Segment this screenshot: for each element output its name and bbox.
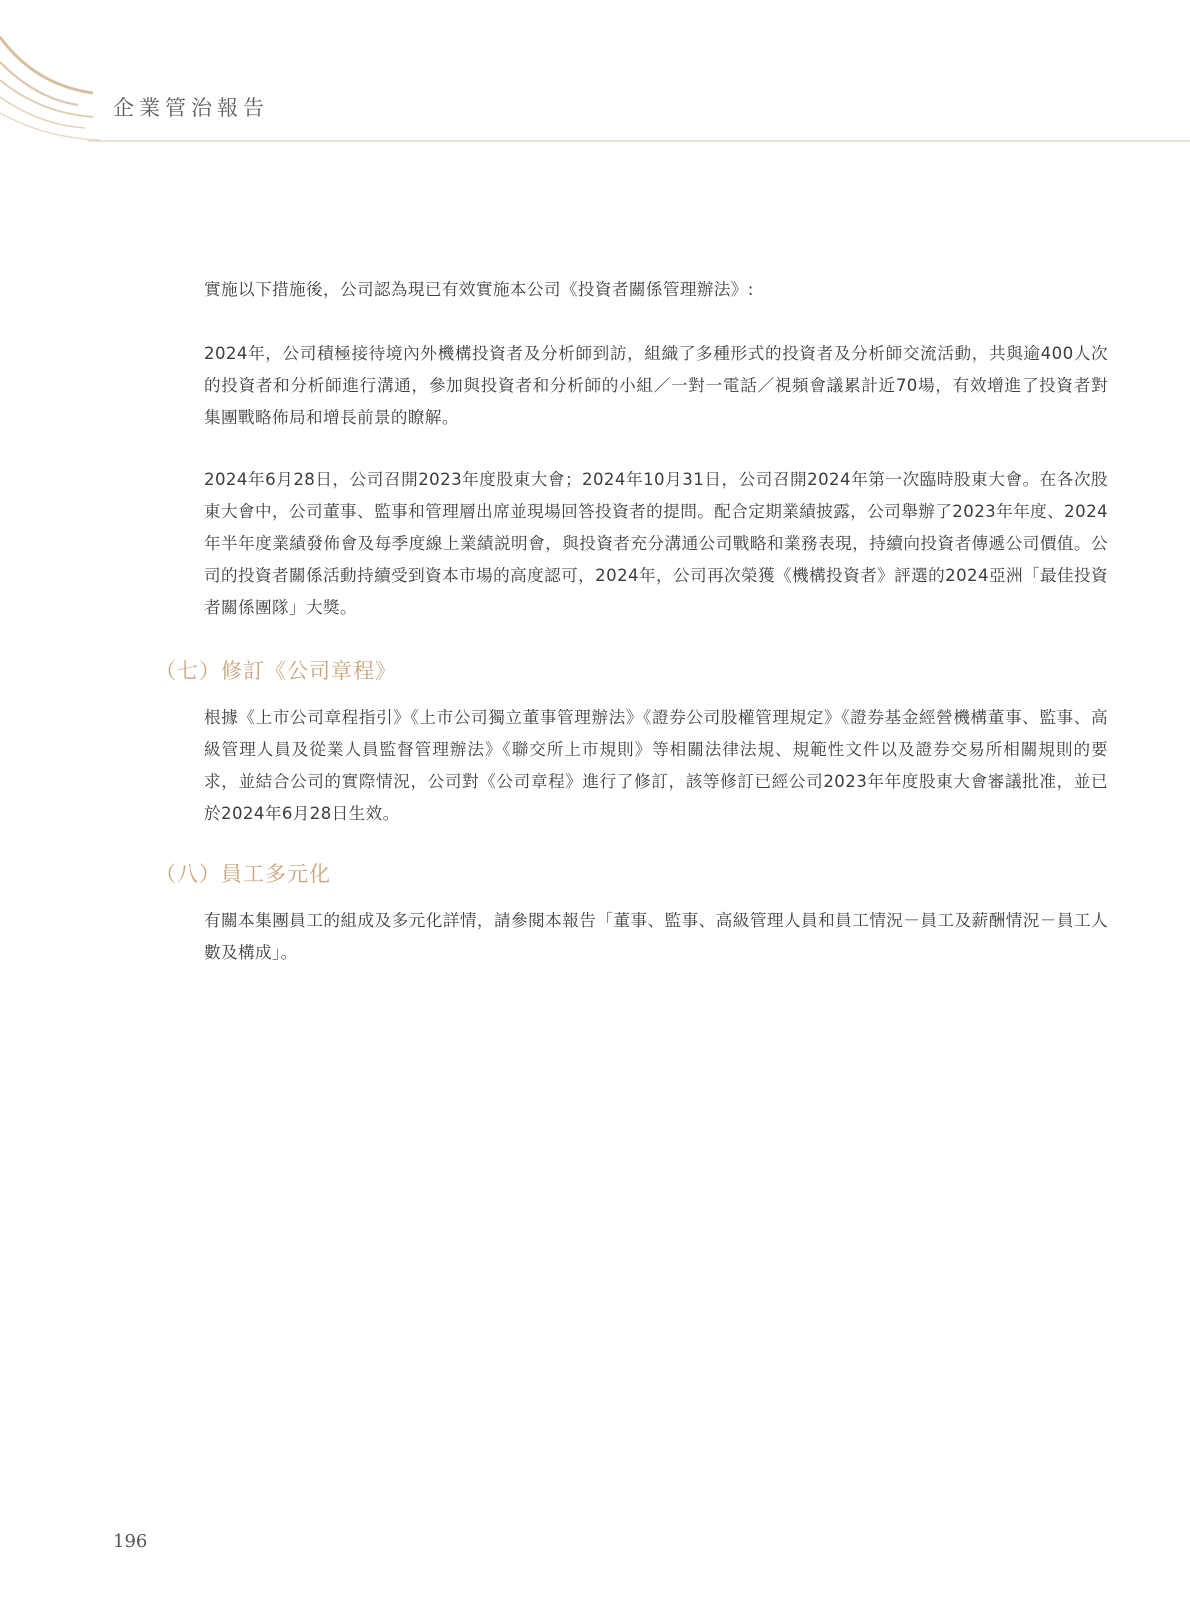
paragraph-shareholder-meetings: 2024年6月28日，公司召開2023年度股東大會；2024年10月31日，公司… bbox=[204, 464, 1108, 624]
paragraph-articles-amendment: 根據《上市公司章程指引》《上市公司獨立董事管理辦法》《證券公司股權管理規定》《證… bbox=[204, 702, 1108, 830]
header-arc-decoration-icon bbox=[0, 0, 1190, 150]
intro-paragraph: 實施以下措施後，公司認為現已有效實施本公司《投資者關係管理辦法》: bbox=[204, 274, 1108, 306]
section-heading-articles-amendment: （七）修訂《公司章程》 bbox=[155, 656, 397, 686]
page-number: 196 bbox=[113, 1530, 147, 1554]
paragraph-employee-diversity: 有關本集團員工的組成及多元化詳情，請參閱本報告「董事、監事、高級管理人員和員工情… bbox=[204, 905, 1108, 969]
page-header-title: 企業管治報告 bbox=[113, 94, 269, 122]
paragraph-investor-reception: 2024年，公司積極接待境內外機構投資者及分析師到訪，組織了多種形式的投資者及分… bbox=[204, 338, 1108, 434]
section-heading-employee-diversity: （八）員工多元化 bbox=[155, 859, 331, 889]
